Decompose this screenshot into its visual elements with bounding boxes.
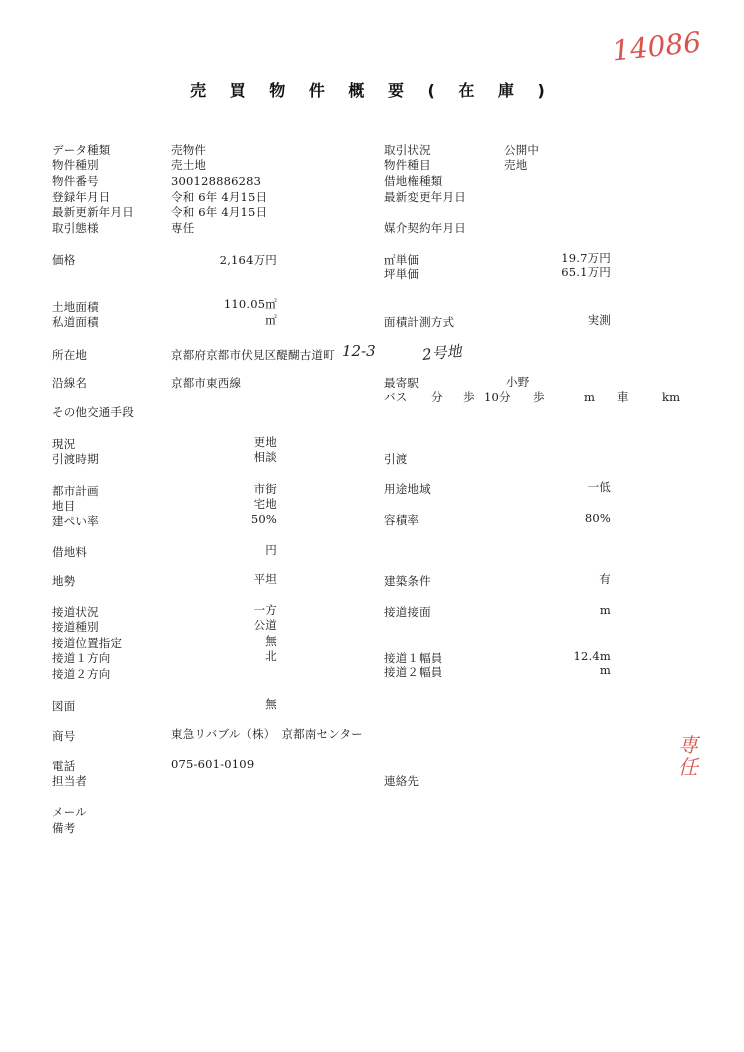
label-road-designation: 接道位置指定 [52, 636, 122, 650]
label-private-road-area: 私道面積 [52, 315, 99, 329]
value-road-status: 一方 [171, 603, 277, 617]
label-changed-date: 最新変更年月日 [384, 190, 466, 204]
unit-km: km [662, 390, 680, 404]
label-area-method: 面積計測方式 [384, 315, 454, 329]
label-land-category: 地目 [52, 499, 75, 513]
label-location: 所在地 [52, 348, 87, 362]
label-handover-time: 引渡時期 [52, 452, 99, 466]
value-property-number: 300128886283 [171, 174, 261, 188]
label-terrain: 地勢 [52, 574, 75, 588]
label-floor-area-ratio: 容積率 [384, 513, 419, 527]
label-transaction-mode: 取引態様 [52, 221, 99, 235]
label-building-condition: 建築条件 [384, 574, 431, 588]
label-station: 最寄駅 [384, 376, 419, 390]
label-city-plan: 都市計画 [52, 484, 99, 498]
value-walk-min: 10分 [484, 390, 511, 404]
unit-car: 車 [617, 390, 629, 404]
value-transaction-status: 公開中 [504, 143, 539, 157]
value-property-type: 売地 [504, 158, 527, 172]
value-area-method: 実測 [504, 313, 611, 327]
value-updated-date: 令和 6年 4月15日 [171, 205, 267, 219]
label-property-category: 物件種別 [52, 158, 99, 172]
label-road-status: 接道状況 [52, 605, 99, 619]
page-title: 売 買 物 件 概 要 ( 在 庫 ) [0, 78, 744, 101]
label-property-number: 物件番号 [52, 174, 99, 188]
value-city-plan: 市街 [171, 482, 277, 496]
value-price-per-sqm: 19.7万円 [504, 251, 611, 265]
value-station: 小野 [506, 375, 529, 389]
unit-walk-2: 歩 [533, 390, 545, 404]
label-property-type: 物件種目 [384, 158, 431, 172]
label-leasehold-type: 借地権種類 [384, 174, 443, 188]
value-terrain: 平坦 [171, 572, 277, 586]
value-building-condition: 有 [504, 572, 611, 586]
label-road1-width: 接道１幅員 [384, 651, 443, 665]
unit-m: m [584, 390, 595, 404]
value-property-category: 売土地 [171, 158, 206, 172]
label-company-name: 商号 [52, 729, 75, 743]
label-other-transport: その他交通手段 [52, 405, 134, 419]
value-drawing: 無 [171, 697, 277, 711]
value-handover-time: 相談 [171, 450, 277, 464]
value-current-status: 更地 [171, 435, 277, 449]
label-data-type: データ種類 [52, 143, 111, 157]
label-updated-date: 最新更新年月日 [52, 205, 134, 219]
value-price: 2,164万円 [171, 253, 277, 267]
handwritten-number: 14086 [611, 25, 703, 67]
label-road-frontage: 接道接面 [384, 605, 431, 619]
label-building-coverage: 建ぺい率 [52, 514, 99, 528]
label-brokerage-date: 媒介契約年月日 [384, 221, 466, 235]
label-phone: 電話 [52, 759, 75, 773]
label-person-in-charge: 担当者 [52, 774, 87, 788]
label-road2-width: 接道２幅員 [384, 665, 443, 679]
value-road-designation: 無 [171, 634, 277, 648]
handwritten-address-suffix: 12-3 [342, 342, 376, 360]
label-registered-date: 登録年月日 [52, 190, 111, 204]
label-contact: 連絡先 [384, 774, 419, 788]
label-transaction-status: 取引状況 [384, 143, 431, 157]
value-transaction-mode: 専任 [171, 221, 194, 235]
label-road-type: 接道種別 [52, 620, 99, 634]
value-registered-date: 令和 6年 4月15日 [171, 190, 267, 204]
value-road-type: 公道 [171, 618, 277, 632]
handwritten-address-note: 2号地 [421, 340, 463, 365]
label-email: メール [52, 805, 87, 819]
value-road2-width: m [504, 663, 611, 677]
label-land-area: 土地面積 [52, 300, 99, 314]
label-road2-direction: 接道２方向 [52, 667, 111, 681]
label-zoning: 用途地域 [384, 482, 431, 496]
label-current-status: 現況 [52, 437, 75, 451]
unit-walk-1: 歩 [463, 390, 475, 404]
handwritten-side-note: 専任 [678, 734, 702, 778]
value-location: 京都府京都市伏見区醍醐古道町 [171, 348, 335, 362]
label-road1-direction: 接道１方向 [52, 651, 111, 665]
value-line: 京都市東西線 [171, 376, 241, 390]
value-floor-area-ratio: 80% [504, 511, 611, 525]
value-land-area: 110.05㎡ [171, 297, 277, 311]
label-bus: バス [384, 390, 407, 404]
value-road1-direction: 北 [171, 649, 277, 663]
label-handover: 引渡 [384, 452, 407, 466]
value-price-per-tsubo: 65.1万円 [504, 265, 611, 279]
value-road1-width: 12.4m [504, 649, 611, 663]
label-ground-rent: 借地料 [52, 545, 87, 559]
label-remarks: 備考 [52, 821, 75, 835]
label-price: 価格 [52, 253, 75, 267]
unit-bus-min: 分 [431, 390, 443, 404]
value-road-frontage: m [504, 603, 611, 617]
label-line: 沿線名 [52, 376, 87, 390]
label-price-per-tsubo: 坪単価 [384, 267, 419, 281]
value-zoning: 一低 [504, 480, 611, 494]
value-phone: 075-601-0109 [171, 757, 254, 771]
value-company-name: 東急リバブル（株） 京都南センター [171, 727, 363, 741]
label-price-per-sqm: ㎡単価 [384, 253, 419, 267]
value-private-road-area: ㎡ [171, 313, 277, 327]
value-building-coverage: 50% [171, 512, 277, 526]
value-ground-rent: 円 [171, 543, 277, 557]
value-land-category: 宅地 [171, 497, 277, 511]
value-data-type: 売物件 [171, 143, 206, 157]
label-drawing: 図面 [52, 699, 75, 713]
